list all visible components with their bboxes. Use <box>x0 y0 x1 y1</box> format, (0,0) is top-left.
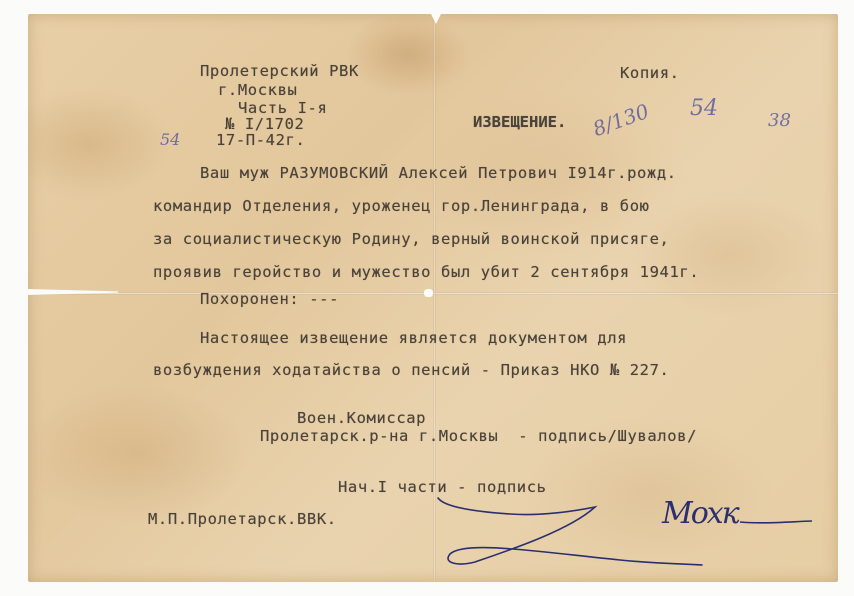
header-office: Пролетерский РВК <box>200 62 359 80</box>
body-line-7: возбуждения ходатайства о пенсий - Прика… <box>153 361 669 379</box>
commissar-line: Пролетарск.р-на г.Москвы - подпись/Шувал… <box>260 427 697 445</box>
note-2: 54 <box>690 96 718 121</box>
document-title: ИЗВЕЩЕНИЕ. <box>473 113 566 131</box>
commissar-title: Воен.Комиссар <box>297 409 426 427</box>
burial-line: Похоронен: --- <box>200 290 339 308</box>
note-3: 38 <box>768 110 791 131</box>
fold-hole <box>424 289 433 297</box>
stamp-place: М.П.Пролетарск.ВВК. <box>148 510 337 528</box>
body-line-3: за социалистическую Родину, верный воинс… <box>153 230 669 248</box>
header-city: г.Москвы <box>218 81 297 99</box>
signature-tail <box>740 518 820 528</box>
copy-mark: Копия. <box>620 64 680 82</box>
handwritten-signature: Мохк <box>662 496 738 531</box>
body-line-1: Ваш муж РАЗУМОВСКИЙ Алексей Петрович I91… <box>200 164 677 182</box>
body-line-2: командир Отделения, уроженец гор.Ленингр… <box>153 197 650 215</box>
body-line-4: проявив геройство и мужество был убит 2 … <box>153 263 699 281</box>
body-line-6: Настоящее извещение является документом … <box>200 329 627 347</box>
margin-note: 54 <box>160 130 180 149</box>
header-date: 17-П-42г. <box>216 131 305 149</box>
